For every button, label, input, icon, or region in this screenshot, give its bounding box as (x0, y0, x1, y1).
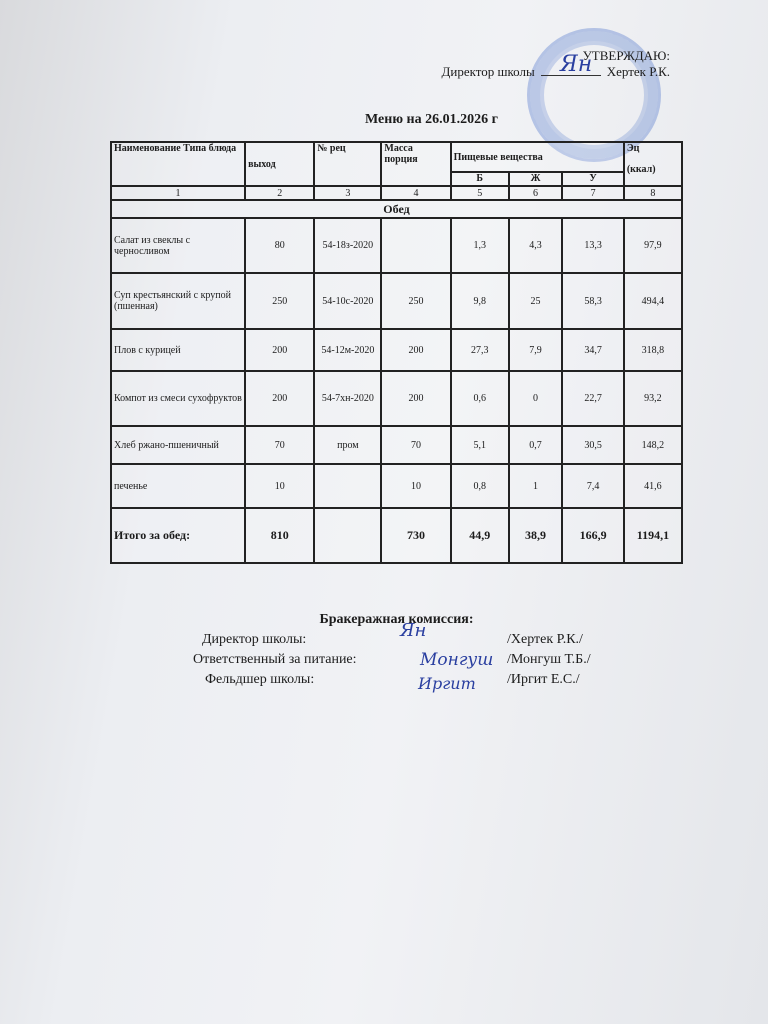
approver-signature: Ян (560, 52, 592, 77)
total-carbs: 166,9 (562, 508, 623, 563)
table-row: Компот из смеси сухофруктов 200 54-7хн-2… (111, 371, 682, 426)
dish-protein: 5,1 (451, 426, 509, 464)
header-nutrients: Пищевые вещества (451, 142, 624, 172)
menu-table: Наименование Типа блюда выход № рец Масс… (110, 141, 683, 564)
commission-member-role: Директор школы: (202, 632, 306, 648)
dish-recipe (314, 464, 381, 508)
table-row: Плов с курицей 200 54-12м-2020 200 27,3 … (111, 329, 682, 371)
total-fat: 38,9 (509, 508, 563, 563)
column-number: 2 (245, 186, 314, 200)
dish-fat: 0,7 (509, 426, 563, 464)
director-signature: Ян (400, 620, 426, 641)
dish-recipe: 54-18з-2020 (314, 218, 381, 273)
approver-name: Хертек Р.К. (607, 64, 670, 79)
column-number: 5 (451, 186, 509, 200)
table-row: Салат из свеклы с черносливом 80 54-18з-… (111, 218, 682, 273)
dish-name: Суп крестьянский с крупой (пшенная) (111, 273, 245, 329)
dish-mass: 10 (381, 464, 450, 508)
dish-carbs: 13,3 (562, 218, 623, 273)
dish-output: 200 (245, 329, 314, 371)
dish-recipe: 54-12м-2020 (314, 329, 381, 371)
dish-recipe: 54-7хн-2020 (314, 371, 381, 426)
approved-label: УТВЕРЖДАЮ: (442, 48, 671, 64)
dish-mass: 250 (381, 273, 450, 329)
dish-fat: 1 (509, 464, 563, 508)
header-output: выход (245, 142, 314, 186)
dish-output: 10 (245, 464, 314, 508)
dish-recipe: 54-10с-2020 (314, 273, 381, 329)
dish-mass: 200 (381, 329, 450, 371)
commission-block: Бракеражная комиссия: (0, 612, 768, 628)
commission-member-role: Ответственный за питание: (193, 652, 357, 668)
dish-energy: 494,4 (624, 273, 682, 329)
dish-protein: 9,8 (451, 273, 509, 329)
column-number: 6 (509, 186, 563, 200)
dish-carbs: 34,7 (562, 329, 623, 371)
total-energy: 1194,1 (624, 508, 682, 563)
header-carbs: У (562, 172, 623, 186)
dish-fat: 25 (509, 273, 563, 329)
header-energy-label: Эц (627, 143, 679, 154)
total-recipe (314, 508, 381, 563)
header-energy-unit: (ккал) (627, 164, 679, 175)
dish-energy: 93,2 (624, 371, 682, 426)
dish-name: Салат из свеклы с черносливом (111, 218, 245, 273)
header-name: Наименование Типа блюда (111, 142, 245, 186)
total-label: Итого за обед: (111, 508, 245, 563)
column-number: 3 (314, 186, 381, 200)
dish-mass (381, 218, 450, 273)
dish-energy: 97,9 (624, 218, 682, 273)
dish-energy: 41,6 (624, 464, 682, 508)
total-output: 810 (245, 508, 314, 563)
column-number: 4 (381, 186, 450, 200)
dish-name: Хлеб ржано-пшеничный (111, 426, 245, 464)
total-row: Итого за обед: 810 730 44,9 38,9 166,9 1… (111, 508, 682, 563)
table-row: Хлеб ржано-пшеничный 70 пром 70 5,1 0,7 … (111, 426, 682, 464)
dish-output: 200 (245, 371, 314, 426)
dish-energy: 148,2 (624, 426, 682, 464)
dish-output: 80 (245, 218, 314, 273)
dish-energy: 318,8 (624, 329, 682, 371)
dish-carbs: 22,7 (562, 371, 623, 426)
dish-name: Компот из смеси сухофруктов (111, 371, 245, 426)
table-row: Суп крестьянский с крупой (пшенная) 250 … (111, 273, 682, 329)
dish-protein: 0,8 (451, 464, 509, 508)
table-row: печенье 10 10 0,8 1 7,4 41,6 (111, 464, 682, 508)
dish-protein: 1,3 (451, 218, 509, 273)
dish-output: 250 (245, 273, 314, 329)
column-number: 1 (111, 186, 245, 200)
header-fat: Ж (509, 172, 563, 186)
dish-fat: 7,9 (509, 329, 563, 371)
commission-member-name: /Иргит Е.С./ (507, 672, 580, 688)
column-number: 8 (624, 186, 682, 200)
menu-title: Меню на 26.01.2026 г (0, 112, 768, 128)
column-numbers-row: 1 2 3 4 5 6 7 8 (111, 186, 682, 200)
approver-position: Директор школы (442, 64, 535, 79)
commission-member-name: /Хертек Р.К./ (507, 632, 583, 648)
menu-document: УТВЕРЖДАЮ: Директор школыХертек Р.К. Ян … (0, 0, 768, 1024)
dish-protein: 0,6 (451, 371, 509, 426)
header-protein: Б (451, 172, 509, 186)
dish-carbs: 58,3 (562, 273, 623, 329)
dish-name: печенье (111, 464, 245, 508)
dish-carbs: 30,5 (562, 426, 623, 464)
section-title: Обед (111, 200, 682, 218)
dish-protein: 27,3 (451, 329, 509, 371)
dish-carbs: 7,4 (562, 464, 623, 508)
header-recipe: № рец (314, 142, 381, 186)
dish-output: 70 (245, 426, 314, 464)
commission-member-role: Фельдшер школы: (205, 672, 314, 688)
dish-name: Плов с курицей (111, 329, 245, 371)
dish-fat: 0 (509, 371, 563, 426)
total-mass: 730 (381, 508, 450, 563)
header-mass: Масса порция (381, 142, 450, 186)
dish-recipe: пром (314, 426, 381, 464)
column-number: 7 (562, 186, 623, 200)
commission-title: Бракеражная комиссия: (0, 612, 768, 628)
header-energy: Эц (ккал) (624, 142, 682, 186)
approval-block: УТВЕРЖДАЮ: Директор школыХертек Р.К. (442, 48, 671, 80)
total-protein: 44,9 (451, 508, 509, 563)
dish-mass: 200 (381, 371, 450, 426)
dish-mass: 70 (381, 426, 450, 464)
commission-member-name: /Монгуш Т.Б./ (507, 652, 591, 668)
responsible-signature: Монгуш (420, 650, 493, 670)
medic-signature: Иргит (418, 674, 476, 693)
dish-fat: 4,3 (509, 218, 563, 273)
